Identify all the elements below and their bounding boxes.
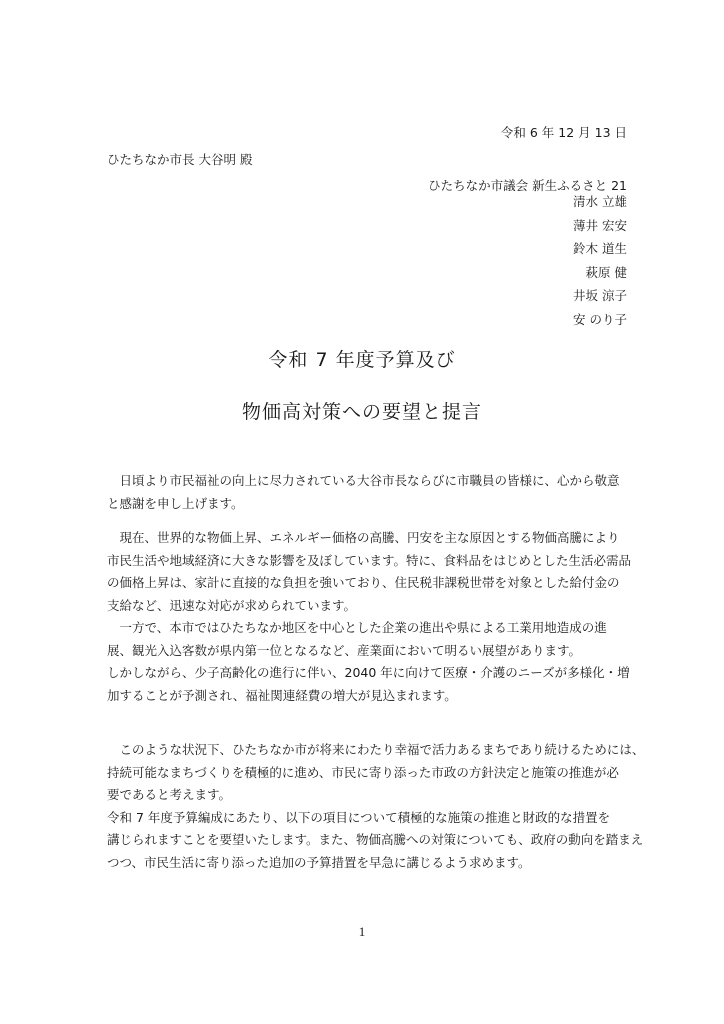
page-number: 1 (0, 924, 724, 940)
text-line: 持続可能なまちづくりを積極的に進め、市民に寄り添った市政の方針決定と施策の推進が… (107, 762, 627, 785)
sender-name: 薄井 宏安 (573, 214, 627, 238)
text-line: 日頃より市民福祉の向上に尽力されている大谷市長ならびに市職員の皆様に、心から敬意 (107, 470, 627, 493)
text-line: 市民生活や地域経済に大きな影響を及ぼしています。特に、食料品をはじめとした生活必… (107, 550, 627, 573)
sender-name: 井坂 涼子 (573, 284, 627, 308)
text-line: 支給など、迅速な対応が求められています。 (107, 595, 627, 618)
document-date: 令和 6 年 12 月 13 日 (501, 123, 627, 141)
paragraph-greeting: 日頃より市民福祉の向上に尽力されている大谷市長ならびに市職員の皆様に、心から敬意… (107, 470, 627, 515)
sender-name: 安 のり子 (573, 308, 627, 332)
text-line: 展、観光入込客数が県内第一位となるなど、産業面において明るい展望があります。 (107, 640, 627, 663)
text-line: 現在、世界的な物価上昇、エネルギー価格の高騰、円安を主な原因とする物価高騰により (107, 527, 627, 550)
sender-name: 萩原 健 (573, 261, 627, 285)
text-line: 要であると考えます。 (107, 784, 627, 807)
text-line: しかしながら、少子高齢化の進行に伴い、2040 年に向けて医療・介護のニーズが多… (107, 662, 627, 685)
sender-list: 清水 立雄 薄井 宏安 鈴木 道生 萩原 健 井坂 涼子 安 のり子 (573, 190, 627, 331)
text-line: の価格上昇は、家計に直接的な負担を強いており、住民税非課税世帯を対象とした給付金… (107, 572, 627, 595)
text-line: 加することが予測され、福祉関連経費の増大が見込まれます。 (107, 685, 627, 708)
paragraph-situation: 現在、世界的な物価上昇、エネルギー価格の高騰、円安を主な原因とする物価高騰により… (107, 527, 627, 707)
text-line: 令和 7 年度予算編成にあたり、以下の項目について積極的な施策の推進と財政的な措… (107, 807, 627, 830)
text-line: 一方で、本市ではひたちなか地区を中心とした企業の進出や県による工業用地造成の進 (107, 617, 627, 640)
document-title-line2: 物価高対策への要望と提言 (0, 397, 724, 424)
text-line: 講じられますことを要望いたします。また、物価高騰への対策についても、政府の動向を… (107, 829, 627, 852)
sender-name: 鈴木 道生 (573, 237, 627, 261)
sender-name: 清水 立雄 (573, 190, 627, 214)
text-line: と感謝を申し上げます。 (107, 493, 627, 516)
addressee: ひたちなか市長 大谷明 殿 (107, 150, 252, 168)
paragraph-request: このような状況下、ひたちなか市が将来にわたり幸福で活力あるまちであり続けるために… (107, 739, 627, 874)
text-line: このような状況下、ひたちなか市が将来にわたり幸福で活力あるまちであり続けるために… (107, 739, 627, 762)
text-line: つつ、市民生活に寄り添った追加の予算措置を早急に講じるよう求めます。 (107, 852, 627, 875)
document-title-line1: 令和 7 年度予算及び (0, 345, 724, 372)
